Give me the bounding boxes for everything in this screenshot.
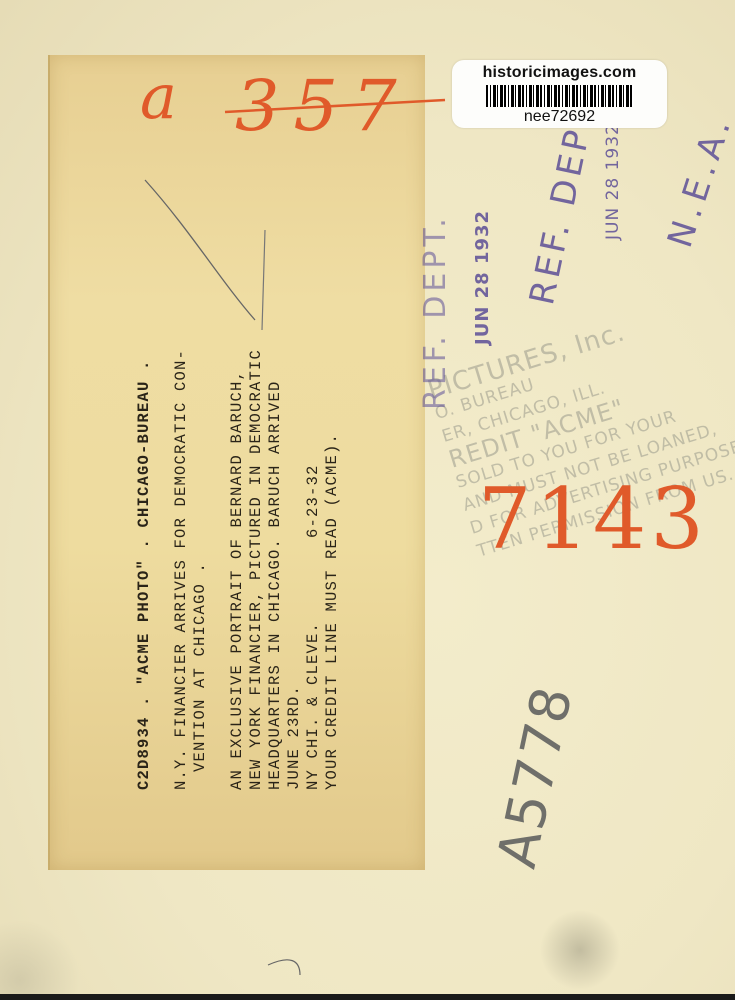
label-site: historicimages.com bbox=[452, 64, 667, 82]
photo-back: C2D8934 . "ACME PHOTO" . CHICAGO-BUREAU … bbox=[0, 0, 735, 994]
historicimages-label: historicimages.com nee72692 bbox=[452, 60, 667, 128]
label-code: nee72692 bbox=[452, 108, 667, 126]
red-number-7143: 7143 bbox=[478, 470, 708, 568]
barcode-icon bbox=[486, 85, 634, 107]
